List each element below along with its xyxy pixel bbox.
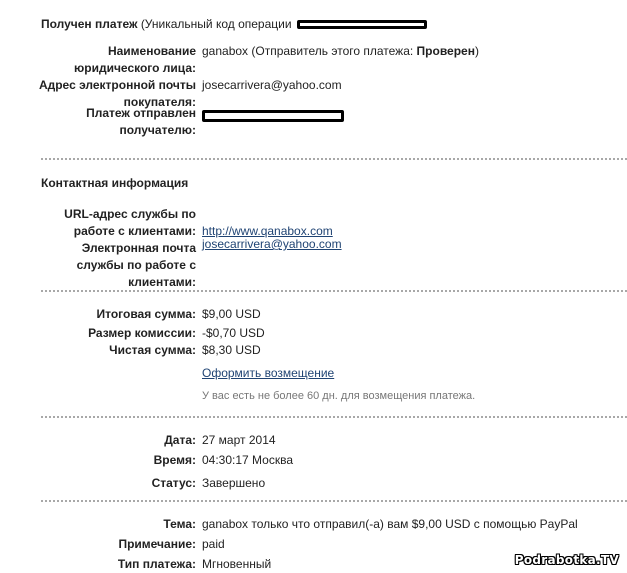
note-label: Примечание: [118, 536, 196, 553]
net-amount-value: $8,30 USD [202, 342, 261, 359]
fee-label: Размер комиссии: [88, 325, 196, 342]
date-value: 27 март 2014 [202, 432, 276, 449]
separator [41, 416, 627, 418]
fee-value: -$0,70 USD [202, 325, 265, 342]
separator [41, 290, 627, 292]
support-email-label-line2: службы по работе с [77, 257, 196, 274]
support-email-value: josecarrivera@yahoo.com [202, 236, 342, 253]
support-url-label-line1: URL-адрес службы по [64, 206, 196, 223]
payment-details-page: Получен платеж (Уникальный код операции … [0, 0, 627, 573]
separator [41, 500, 627, 502]
legal-name-close: ) [475, 44, 479, 58]
total-amount-label: Итоговая сумма: [96, 306, 196, 323]
refund-link-container: Оформить возмещение [202, 365, 334, 382]
time-value: 04:30:17 Москва [202, 452, 293, 469]
legal-name-label-line2: юридического лица: [74, 60, 196, 77]
support-email-label-line3: клиентами: [77, 274, 196, 291]
issue-refund-link[interactable]: Оформить возмещение [202, 366, 334, 380]
support-email-link[interactable]: josecarrivera@yahoo.com [202, 237, 342, 251]
total-amount-value: $9,00 USD [202, 306, 261, 323]
sent-to-label-line1: Платеж отправлен [86, 105, 196, 122]
transaction-id-redacted [297, 20, 427, 29]
recipient-redacted [202, 110, 344, 122]
buyer-email-label-line1: Адрес электронной почты [39, 77, 196, 94]
note-value: paid [202, 536, 225, 553]
status-label: Статус: [152, 475, 196, 492]
sender-verified-status: Проверен [417, 44, 475, 58]
separator [41, 158, 627, 160]
payment-header: Получен платеж (Уникальный код операции [41, 17, 427, 31]
payment-type-value: Мгновенный [202, 556, 271, 573]
subject-value: ganabox только что отправил(-а) вам $9,0… [202, 516, 578, 533]
subject-label: Тема: [163, 516, 196, 533]
payment-received-title: Получен платеж [41, 17, 137, 31]
sent-to-label-line2: получателю: [86, 122, 196, 139]
support-email-label: Электронная почта службы по работе с кли… [77, 240, 196, 291]
legal-name-label: Наименование юридического лица: [74, 43, 196, 77]
legal-name-value: ganabox (Отправитель этого платежа: Пров… [202, 43, 479, 60]
sent-to-label: Платеж отправлен получателю: [86, 105, 196, 139]
contact-info-title: Контактная информация [41, 176, 188, 190]
status-value: Завершено [202, 475, 265, 492]
payment-type-label: Тип платежа: [118, 556, 196, 573]
date-label: Дата: [164, 432, 196, 449]
sent-to-value [202, 105, 344, 124]
time-label: Время: [154, 452, 196, 469]
watermark-logo: Podrabotka.TV [515, 553, 619, 567]
support-email-label-line1: Электронная почта [77, 240, 196, 257]
net-amount-label: Чистая сумма: [109, 342, 196, 359]
legal-name-label-line1: Наименование [74, 43, 196, 60]
transaction-id-label: (Уникальный код операции [141, 17, 292, 31]
support-url-label: URL-адрес службы по работе с клиентами: [64, 206, 196, 240]
buyer-email-value: josecarrivera@yahoo.com [202, 77, 342, 94]
support-url-label-line2: работе с клиентами: [64, 223, 196, 240]
refund-note: У вас есть не более 60 дн. для возмещени… [202, 388, 475, 405]
legal-name-text: ganabox (Отправитель этого платежа: [202, 44, 417, 58]
